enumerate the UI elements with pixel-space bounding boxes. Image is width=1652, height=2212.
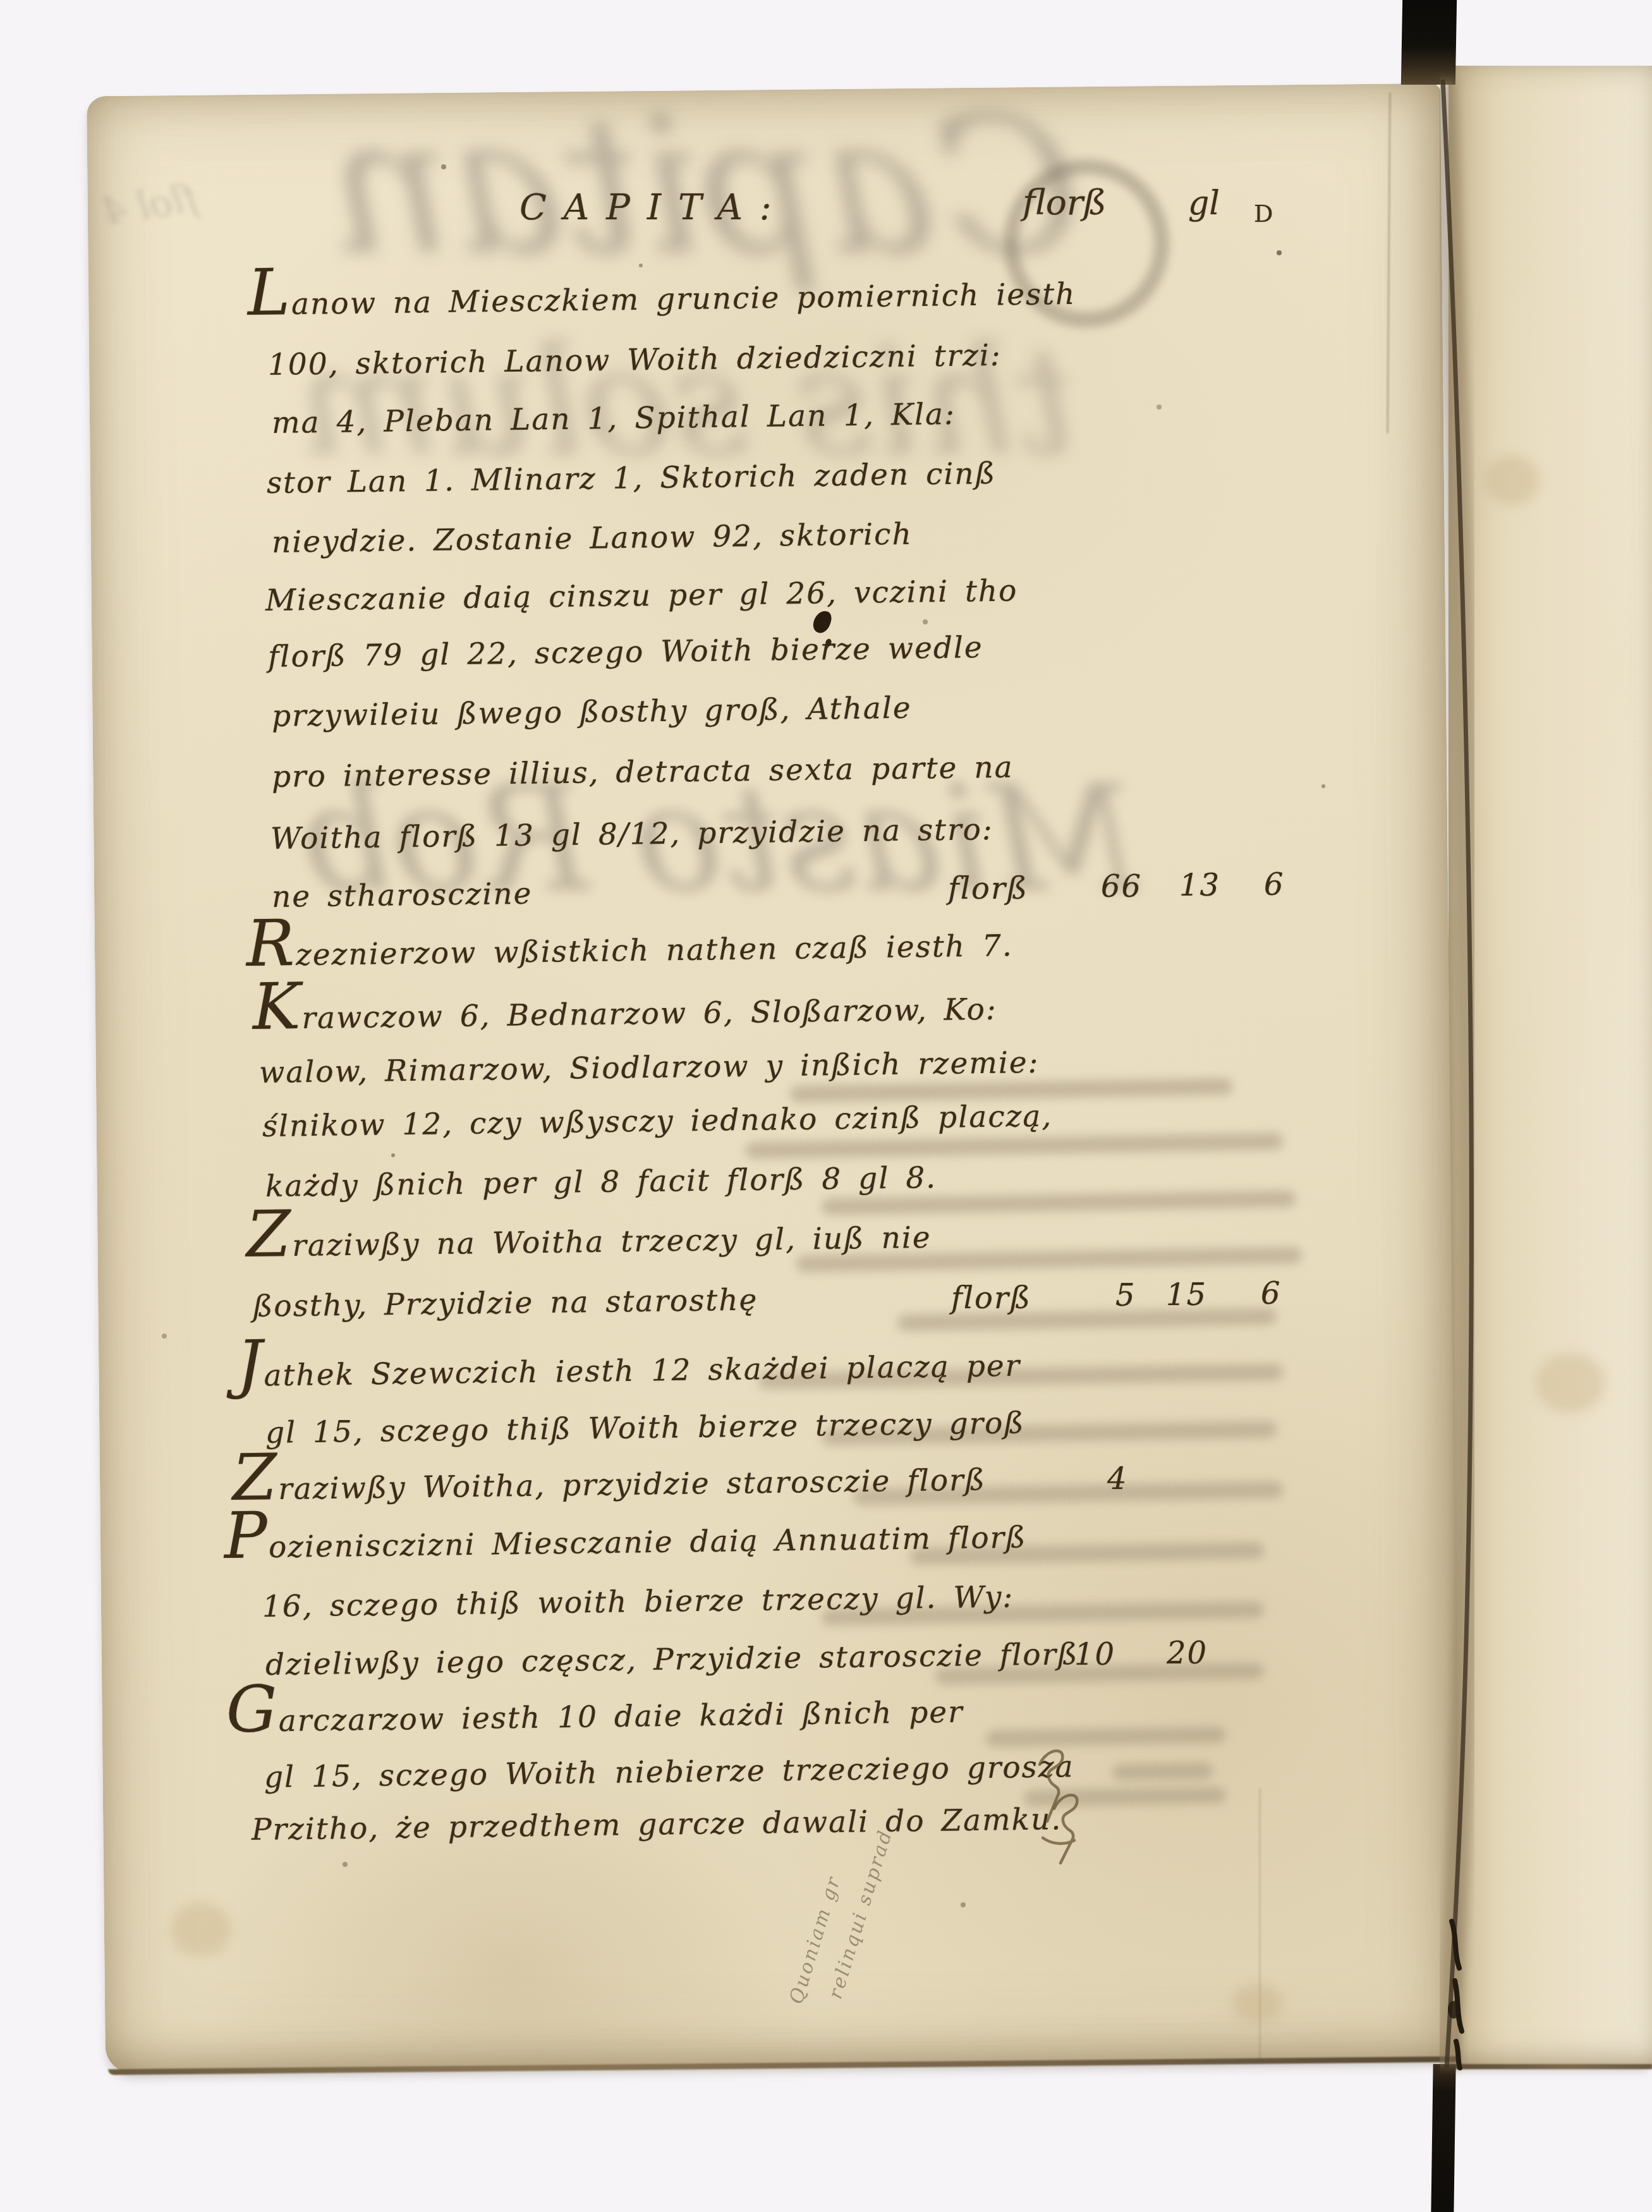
amount-grossi: 20 <box>1167 1636 1208 1671</box>
amount-denarii: 6 <box>1264 867 1285 902</box>
amount-floreni: 4 <box>1107 1461 1128 1497</box>
ink-bleed-streak <box>1112 1763 1213 1781</box>
column-header-denarii: D <box>1254 200 1273 228</box>
amount-label-floreni: florß <box>951 1280 1031 1316</box>
manuscript-line: ßosthy, Przyidzie na starosthę <box>253 1283 758 1324</box>
foxing-spot <box>1536 1352 1605 1413</box>
amount-floreni: 10 <box>1074 1637 1115 1672</box>
foxing-spot <box>1232 1984 1283 2022</box>
manuscript-scan: Capitan this solum Miasto Rob flol 4 CAP… <box>0 0 1652 2212</box>
foxing-spot <box>171 1902 231 1957</box>
foxing-spot <box>1485 455 1540 506</box>
page-title: CAPITA: <box>519 187 789 228</box>
bookmark-ribbon-bottom <box>1431 2064 1455 2212</box>
amount-label-floreni: florß <box>948 871 1028 906</box>
amount-floreni: 66 <box>1101 869 1142 904</box>
facing-page-edge <box>1449 66 1652 2068</box>
column-header-grossi: gl <box>1188 185 1220 222</box>
amount-floreni: 5 <box>1115 1278 1136 1313</box>
amount-denarii: 6 <box>1261 1276 1282 1311</box>
manuscript-line: ne stharosczine <box>272 877 533 915</box>
amount-grossi: 15 <box>1166 1277 1207 1313</box>
bookmark-ribbon-top <box>1401 0 1457 85</box>
paper-specks <box>0 0 3 3</box>
amount-grossi: 13 <box>1179 868 1220 903</box>
column-header-floreni: florß <box>1023 182 1107 222</box>
